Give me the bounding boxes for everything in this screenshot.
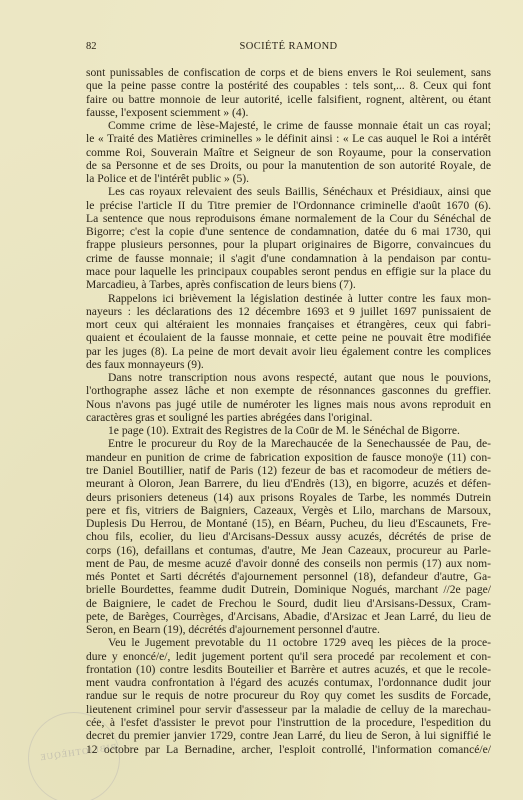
text-line: Seron, en Bearn (19), décrétés d'ajourne… [86,623,491,636]
text-line: cée, à l'esfet d'assister le prevot pour… [86,716,491,729]
text-line: Duplesis Du Herrou, de Montané (15), en … [86,517,491,530]
text-line: chou fils, ecolier, du lieu d'Arcisans-D… [86,530,491,543]
text-line: pere et fis, vitriers de Baigniers, Caze… [86,504,491,517]
text-line: fausse, l'exposent sciemment » (4). [86,106,491,119]
text-line: Marcadieu, à Tarbes, après confiscation … [86,278,491,291]
text-line: corps (16), defaillans et contumas, d'au… [86,544,491,557]
text-line: l'orthographe assez lâche et non exempte… [86,384,491,397]
text-line: que la peine passe contre la postérité d… [86,79,491,92]
text-line: randue sur le requis de notre procureur … [86,689,491,702]
text-line: sont punissables de confiscation de corp… [86,66,491,79]
text-line: ment de Pau, de mesme acuzé d'avoir donn… [86,557,491,570]
text-line: Les cas royaux relevaient des seuls Bail… [86,185,491,198]
text-line: Comme crime de lèse-Majesté, le crime de… [86,119,491,132]
text-line: faire ou battre monnoie de leur autorité… [86,93,491,106]
text-line: de Baigniere, le cadet de Frechou le Sou… [86,597,491,610]
text-line: Entre le procureur du Roy de la Marechau… [86,437,491,450]
text-line: deurs prisoniers deteneus (14) aux priso… [86,491,491,504]
text-line: Bigorre; c'est la copie d'une sentence d… [86,225,491,238]
text-line: par les juges (8). La peine de mort deva… [86,345,491,358]
text-line: quaient et écoulaient de la fausse monna… [86,331,491,344]
text-line: brielle Bourdettes, feamme dudit Dutrein… [86,583,491,596]
text-line: frappe plusieurs personnes, pour la plup… [86,238,491,251]
text-line: ment vaudra confrontation à l'égard des … [86,676,491,689]
text-line: lieutenent criminel pour servir d'assess… [86,703,491,716]
text-line: Rappelons ici brièvement la législation … [86,292,491,305]
text-line: 12 octobre par La Bernadine, archer, l'e… [86,743,491,756]
text-line: nayeurs : les déclarations des 12 décemb… [86,305,491,318]
text-line: meurant à Oloron, Jean Barrere, du lieu … [86,477,491,490]
text-line: caractères gras et souligné les parties … [86,411,491,424]
text-line: Veu le Jugement prevotable du 11 octobre… [86,636,491,649]
text-line: 1e page (10). Extrait des Registres de l… [86,424,491,437]
text-line: le précise l'article II du Titre premier… [86,199,491,212]
page-header: 82 SOCIÉTÉ RAMOND [86,41,491,55]
text-line: pete, de Barèges, Courrèges, d'Arcisans,… [86,610,491,623]
text-line: la Police et de l'intérêt public » (5). [86,172,491,185]
text-line: mace pour laquelle les principaux coupab… [86,265,491,278]
stamp-text: BIBLIOTHÈQUE [39,742,118,763]
text-line: des faux monnayeurs (9). [86,358,491,371]
library-stamp-bleedthrough: BIBLIOTHÈQUE [28,712,120,800]
running-title: SOCIÉTÉ RAMOND [86,41,491,52]
text-line: de sa Personne et de ses Droits, ou pour… [86,159,491,172]
text-line: le « Traité des Matières criminelles » l… [86,132,491,145]
text-line: Nous n'avons pas jugé utile de numéroter… [86,398,491,411]
text-line: comme Roi, Souverain Maître et Seigneur … [86,146,491,159]
text-line: dure y enoncé/e/, ledit jugement portent… [86,650,491,663]
text-line: més Pontet et Sarti décrétés d'ajourneme… [86,570,491,583]
text-line: crime de fausse monnaie; il s'agit d'une… [86,252,491,265]
text-line: La sentence que nous reproduisons émane … [86,212,491,225]
text-line: tre Daniel Boutillier, natif de Paris (1… [86,464,491,477]
text-line: frontation (10) contre lesdits Bouteilie… [86,663,491,676]
document-body: sont punissables de confiscation de corp… [86,66,491,756]
text-line: mandeur en punition de crime de fabricat… [86,451,491,464]
text-line: mort ceux qui altéraient les monnaies fr… [86,318,491,331]
text-line: decret du premier janvier 1729, contre J… [86,729,491,742]
text-line: Dans notre transcription nous avons resp… [86,371,491,384]
